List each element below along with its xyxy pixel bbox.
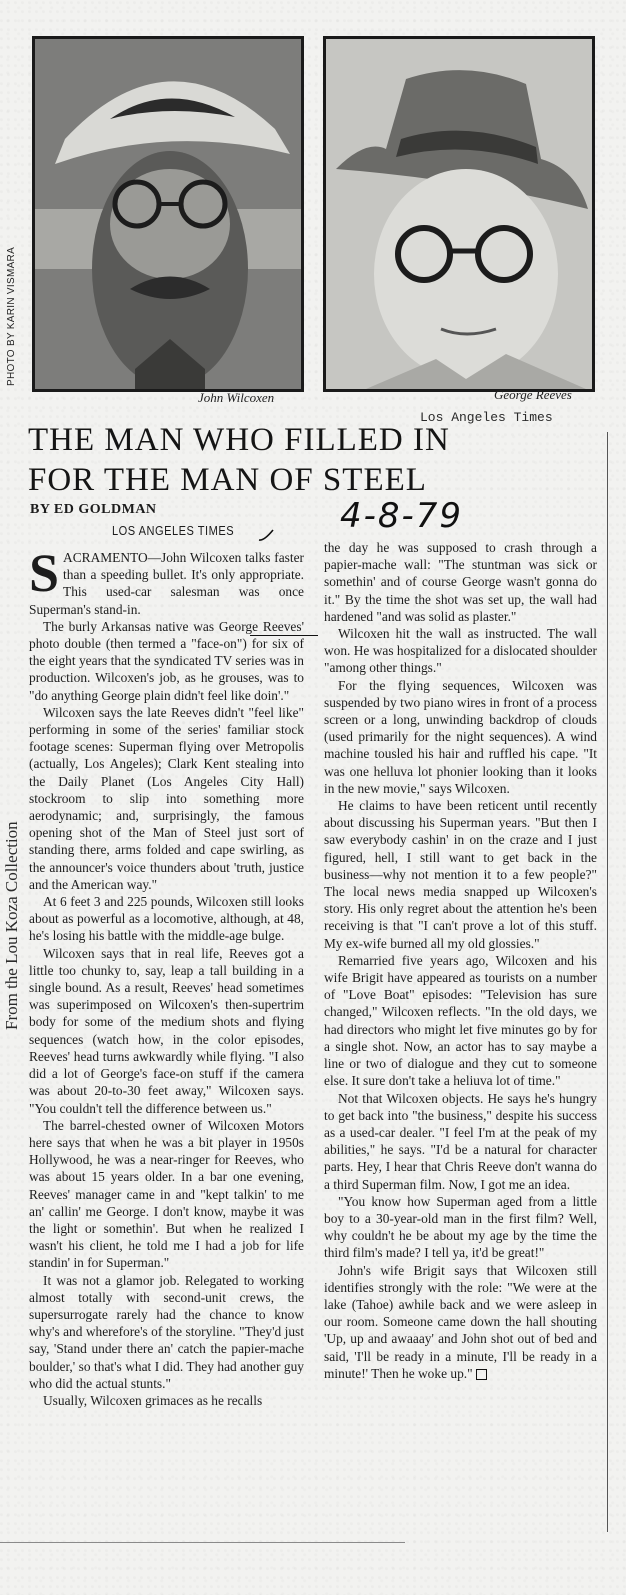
article-paragraph: Wilcoxen hit the wall as instructed. The… [324,625,597,677]
drop-cap: S [29,551,59,595]
photo-john-wilcoxen [32,36,304,392]
end-of-story-icon [476,1369,487,1380]
publication-name: LOS ANGELES TIMES [112,523,234,538]
article-paragraph: He claims to have been reticent until re… [324,797,597,952]
newspaper-clipping: PHOTO BY KARIN VISMARA John Wilcoxen Geo… [0,0,626,1595]
article-paragraph: It was not a glamor job. Relegated to wo… [29,1272,304,1392]
handwritten-date: 4-8-79 [340,496,463,536]
article-paragraph: Usually, Wilcoxen grimaces as he recalls [29,1392,304,1409]
article-paragraph: SACRAMENTO—John Wilcoxen talks faster th… [29,549,304,618]
handwritten-check-icon [258,528,274,542]
article-paragraph: Wilcoxen says the late Reeves didn't "fe… [29,704,304,893]
article-paragraph: "You know how Superman aged from a littl… [324,1193,597,1262]
collection-label: From the Lou Koza Collection [2,821,22,1030]
headline-line-2: FOR THE MAN OF STEEL [28,462,427,498]
bottom-rule [0,1542,405,1543]
portrait-illustration-wilcoxen [35,39,301,389]
article-column-left: SACRAMENTO—John Wilcoxen talks faster th… [29,549,304,1409]
byline: BY ED GOLDMAN [30,502,157,518]
article-paragraph: the day he was supposed to crash through… [324,539,597,625]
portrait-illustration-reeves [326,39,592,389]
photo-caption-wilcoxen: John Wilcoxen [198,390,274,406]
column-rule [607,432,608,1532]
article-paragraph: The barrel-chested owner of Wilcoxen Mot… [29,1117,304,1272]
article-paragraph: At 6 feet 3 and 225 pounds, Wilcoxen sti… [29,893,304,945]
article-column-right: the day he was supposed to crash through… [324,539,597,1382]
article-paragraph: John's wife Brigit says that Wilcoxen st… [324,1262,597,1382]
headline: THE MAN WHO FILLED IN FOR THE MAN OF STE… [28,420,498,500]
article-paragraph: Wilcoxen says that in real life, Reeves … [29,945,304,1117]
photo-caption-reeves: George Reeves [494,387,572,403]
headline-line-1: THE MAN WHO FILLED IN [28,422,450,458]
article-paragraph: Not that Wilcoxen objects. He says he's … [324,1090,597,1193]
article-paragraph: For the flying sequences, Wilcoxen was s… [324,677,597,797]
photo-george-reeves [323,36,595,392]
article-paragraph: The burly Arkansas native was George Ree… [29,618,304,704]
photo-credit: PHOTO BY KARIN VISMARA [6,247,17,386]
article-paragraph: Remarried five years ago, Wilcoxen and h… [324,952,597,1090]
